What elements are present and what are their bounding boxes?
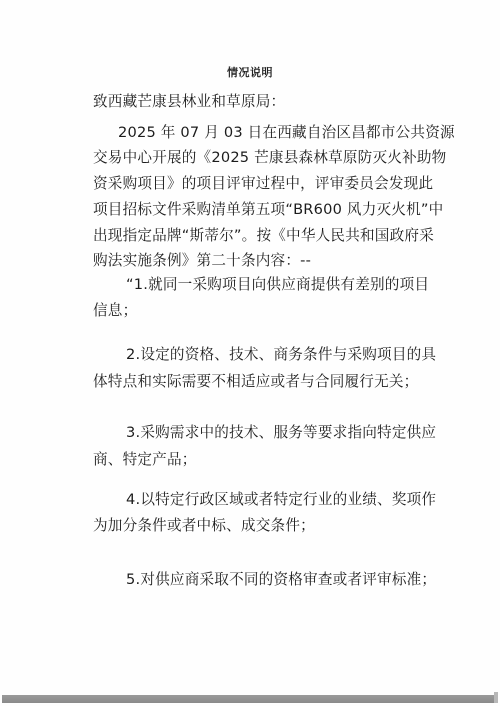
document-title: 情况说明 (0, 64, 500, 80)
intro-line: 资采购项目》的项目评审过程中，评审委员会发现此 (93, 175, 415, 193)
list-item-line: 信息； (93, 302, 415, 320)
intro-line: 项目招标文件采购清单第五项“BR600 风力灭火机”中 (93, 201, 415, 219)
list-item-line: “1.就同一采购项目向供应商提供有差别的项目 (126, 276, 415, 294)
scan-corner-shadow (494, 692, 498, 703)
salutation: 致西藏芒康县林业和草原局： (93, 93, 415, 111)
intro-line: 交易中心开展的《2025 芒康县森林草原防灭火补助物 (93, 149, 415, 167)
list-item-line: 为加分条件或者中标、成交条件； (93, 517, 415, 535)
list-item-line: 商、特定产品； (93, 451, 415, 469)
list-item-line: 4.以特定行政区域或者特定行业的业绩、奖项作 (126, 491, 415, 509)
intro-line: 2025 年 07 月 03 日在西藏自治区昌都市公共资源 (118, 124, 415, 142)
list-item-line: 体特点和实际需要不相适应或者与合同履行无关； (93, 373, 415, 391)
intro-line: 出现指定品牌“斯蒂尔”。按《中华人民共和国政府采 (93, 227, 415, 245)
list-item-line: 3.采购需求中的技术、服务等要求指向特定供应 (126, 424, 415, 442)
list-item-line: 2.设定的资格、技术、商务条件与采购项目的具 (126, 346, 415, 364)
list-item-line: 5.对供应商采取不同的资格审查或者评审标准； (126, 571, 415, 589)
scan-edge-shadow (2, 695, 496, 703)
document-page: 情况说明 致西藏芒康县林业和草原局： 2025 年 07 月 03 日在西藏自治… (0, 0, 500, 706)
intro-line: 购法实施条例》第二十条内容：-- (93, 252, 415, 270)
